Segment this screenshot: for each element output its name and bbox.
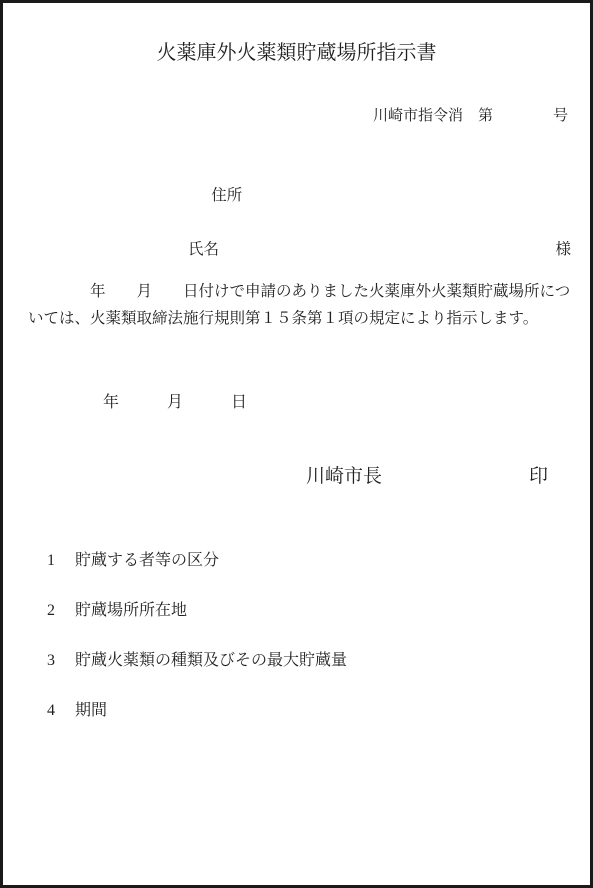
document-number-line: 川崎市指令消 第 号 [373, 104, 568, 125]
item-number: 3 [47, 650, 75, 672]
item-label: 貯蔵火薬類の種類及びその最大貯蔵量 [75, 652, 347, 669]
mayor-title: 川崎市長 [306, 466, 382, 487]
date-line: 年 月 日 [103, 389, 247, 412]
list-item: 1貯蔵する者等の区分 [23, 528, 563, 550]
body-paragraph-line-1: 年 月 日付けで申請のありました火薬庫外火薬類貯蔵場所につ [28, 278, 576, 305]
item-number: 4 [47, 700, 75, 722]
item-number: 1 [47, 550, 75, 572]
seal-mark: 印 [529, 466, 548, 487]
issuer-line: 川崎市長印 [287, 439, 548, 510]
address-label: 住所 [211, 187, 242, 204]
recipient-block: 住所 氏名 様 [188, 155, 571, 263]
address-row: 住所 [188, 155, 571, 236]
document-page: 火薬庫外火薬類貯蔵場所指示書 川崎市指令消 第 号 住所 氏名 様 年 月 日付… [0, 0, 593, 888]
list-item: 3貯蔵火薬類の種類及びその最大貯蔵量 [23, 628, 563, 650]
list-item: 4期間 [23, 678, 563, 700]
document-title: 火薬庫外火薬類貯蔵場所指示書 [3, 36, 590, 65]
body-paragraph-line-2: いては、火薬類取締法施行規則第１５条第１項の規定により指示します。 [28, 305, 576, 332]
name-label: 氏名 [188, 236, 219, 263]
item-number: 2 [47, 600, 75, 622]
item-label: 期間 [75, 702, 107, 719]
name-row: 氏名 様 [188, 236, 571, 263]
item-list: 1貯蔵する者等の区分 2貯蔵場所所在地 3貯蔵火薬類の種類及びその最大貯蔵量 4… [23, 528, 563, 728]
item-label: 貯蔵する者等の区分 [75, 552, 219, 569]
honorific-label: 様 [555, 236, 571, 263]
body-paragraph: 年 月 日付けで申請のありました火薬庫外火薬類貯蔵場所につ いては、火薬類取締法… [28, 278, 576, 332]
item-label: 貯蔵場所所在地 [75, 602, 187, 619]
list-item: 2貯蔵場所所在地 [23, 578, 563, 600]
